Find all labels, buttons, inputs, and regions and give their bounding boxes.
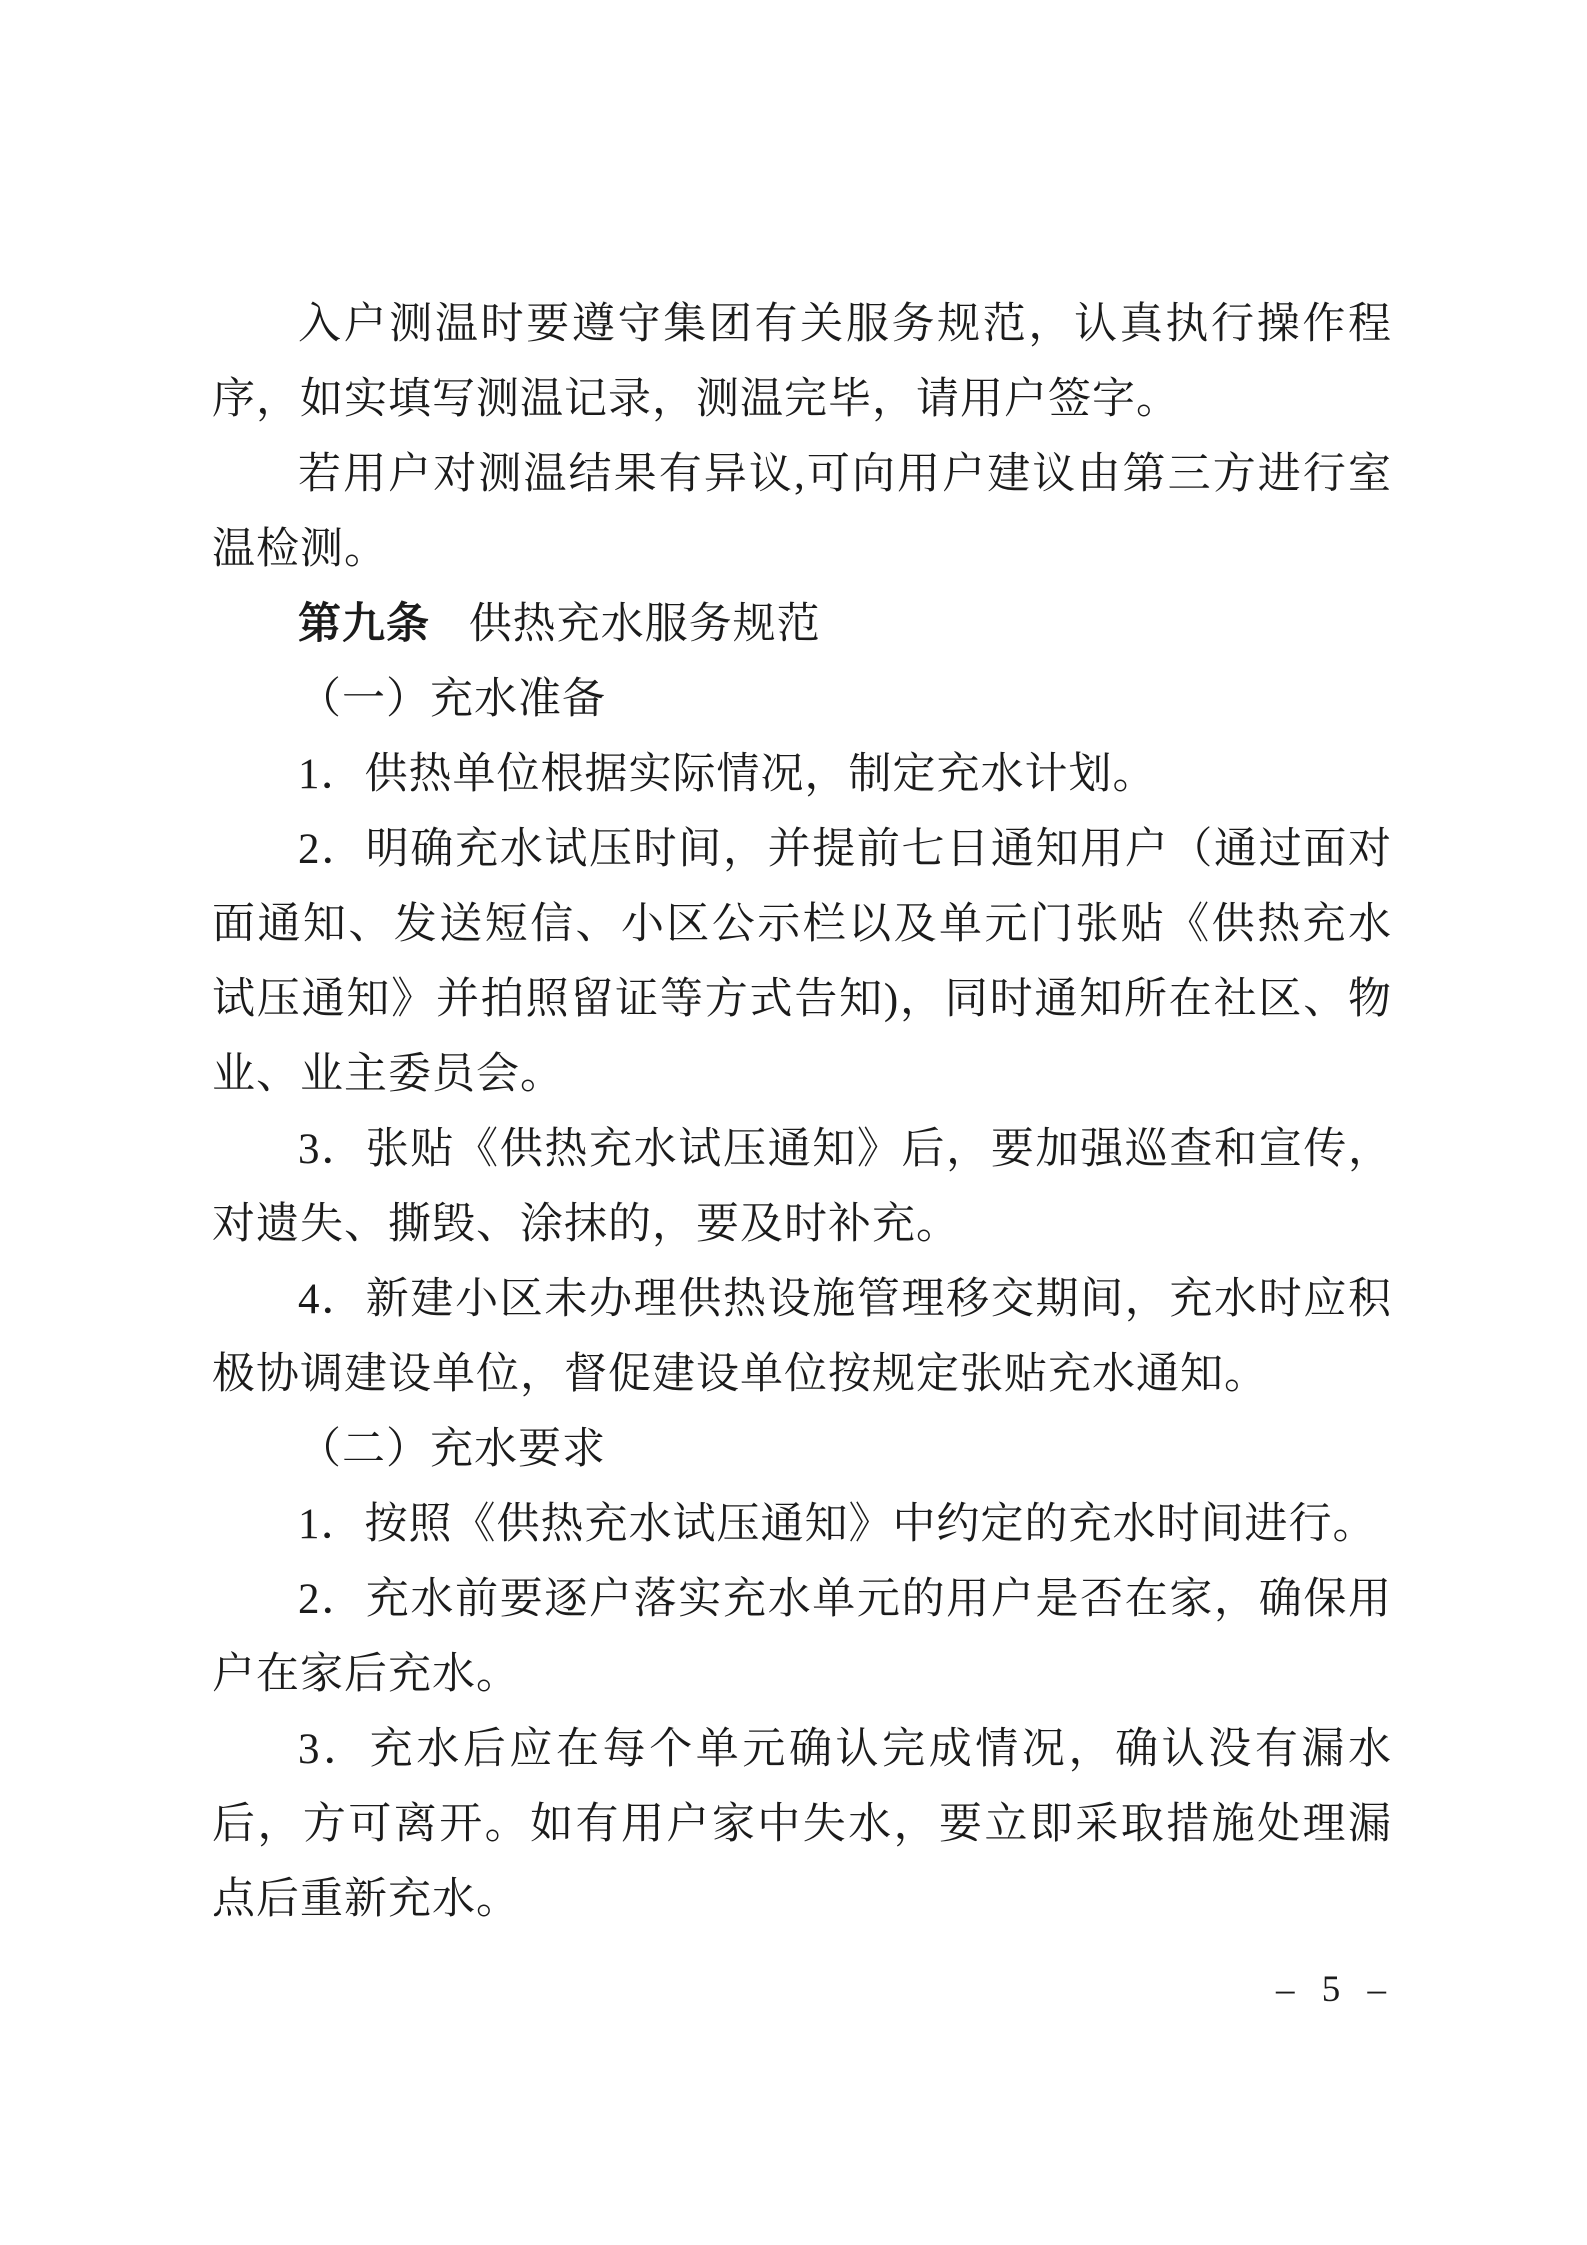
body-paragraph: 2．充水前要逐户落实充水单元的用户是否在家，确保用户在家后充水。 <box>212 1562 1392 1712</box>
article-number: 第九条 <box>298 600 430 648</box>
body-paragraph: 3．充水后应在每个单元确认完成情况，确认没有漏水后，方可离开。如有用户家中失水，… <box>212 1712 1392 1937</box>
section-heading: （二）充水要求 <box>212 1412 1392 1487</box>
body-paragraph: 1．供热单位根据实际情况，制定充水计划。 <box>212 737 1392 812</box>
section-heading: （一）充水准备 <box>212 662 1392 737</box>
article-title: 供热充水服务规范 <box>469 601 821 648</box>
document-body: 入户测温时要遵守集团有关服务规范，认真执行操作程序，如实填写测温记录，测温完毕，… <box>212 287 1392 1937</box>
page-number: – 5 – <box>1276 1968 1390 2011</box>
body-paragraph: 入户测温时要遵守集团有关服务规范，认真执行操作程序，如实填写测温记录，测温完毕，… <box>212 287 1392 437</box>
article-9-heading: 第九条供热充水服务规范 <box>212 587 1392 662</box>
body-paragraph: 2．明确充水试压时间，并提前七日通知用户（通过面对面通知、发送短信、小区公示栏以… <box>212 812 1392 1112</box>
body-paragraph: 1．按照《供热充水试压通知》中约定的充水时间进行。 <box>212 1487 1392 1562</box>
body-paragraph: 若用户对测温结果有异议,可向用户建议由第三方进行室温检测。 <box>212 437 1392 587</box>
body-paragraph: 3．张贴《供热充水试压通知》后，要加强巡查和宣传，对遗失、撕毁、涂抹的，要及时补… <box>212 1112 1392 1262</box>
document-page: 入户测温时要遵守集团有关服务规范，认真执行操作程序，如实填写测温记录，测温完毕，… <box>0 0 1587 2245</box>
body-paragraph: 4．新建小区未办理供热设施管理移交期间，充水时应积极协调建设单位，督促建设单位按… <box>212 1262 1392 1412</box>
